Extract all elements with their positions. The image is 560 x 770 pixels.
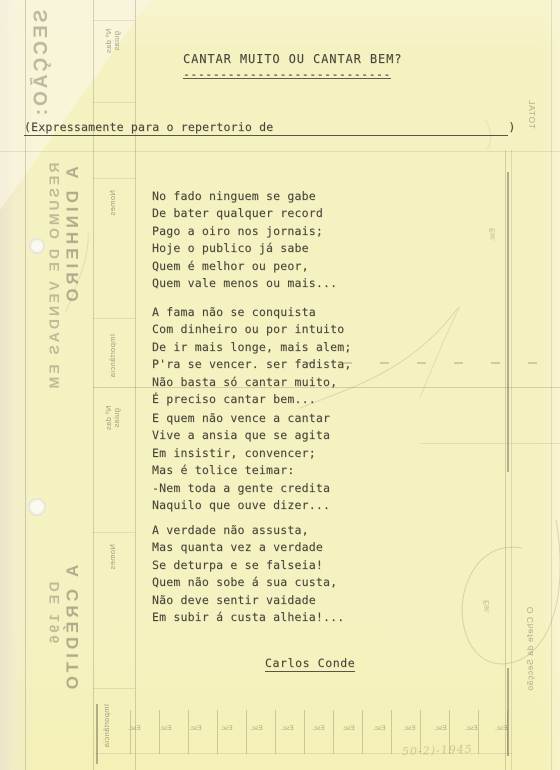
dedication-blank [273, 121, 508, 131]
poem-line: Pago a oiro nos jornais; [152, 223, 337, 240]
poem-line: A fama não se conquista [152, 304, 351, 321]
poem-line: Hoje o publico já sabe [152, 240, 337, 257]
poem-line: No fado ninguem se gabe [152, 188, 337, 205]
esc-mark: Esc. [495, 725, 508, 732]
ledger-cell-divider [93, 20, 135, 21]
esc-mark: Esc. [465, 725, 478, 732]
ledger-rule-horizontal [420, 443, 560, 444]
dedication-close-paren: ) [508, 120, 515, 134]
poem-line: Com dinheiro ou por intuito [152, 321, 351, 338]
showthrough-credit-header: A CRÉDITO [60, 560, 86, 698]
stanza-1: No fado ninguem se gabe De bater qualque… [152, 188, 337, 292]
ledger-cell-divider [93, 532, 135, 533]
poem-line: A verdade não assusta, [152, 522, 344, 539]
esc-mark: Esc. [159, 725, 172, 732]
poem-line: É preciso cantar bem... [152, 391, 351, 408]
esc-marks-row: Esc. Esc. Esc. Esc. Esc. Esc. Esc. Esc. … [128, 722, 508, 734]
column-label-names: Nomes [104, 536, 122, 578]
poem-line: E quem não vence a cantar [152, 410, 330, 427]
stanza-3: E quem não vence a cantar Vive a ansia q… [152, 410, 330, 514]
poem-line: Não deve sentir vaidade [152, 592, 344, 609]
poem-line: De bater qualquer record [152, 205, 337, 222]
ledger-cell-divider [93, 688, 135, 689]
poem-line: Quem é melhor ou peor, [152, 258, 337, 275]
pencil-note: 50-2)-1945 [402, 743, 473, 758]
ledger-rule-horizontal [0, 151, 560, 152]
stanza-2: A fama não se conquista Com dinheiro ou … [152, 304, 351, 408]
poem-line: Mas é tolice teimar: [152, 462, 330, 479]
column-label-amount: Importância [104, 320, 122, 378]
poem-line: Quem não sobe á sua custa, [152, 574, 344, 591]
column-label-names: Nomes [104, 182, 122, 224]
esc-mark: Esc. [128, 725, 141, 732]
showthrough-cash-header: A DINHEIRO [60, 160, 86, 312]
esc-mark: Esc. [403, 725, 416, 732]
poem-line: Em insistir, convencer; [152, 445, 330, 462]
esc-mark: Esc. [250, 725, 263, 732]
esc-mark: Esc. [189, 725, 202, 732]
showthrough-summary-header: RESUMO DE VENDAS EM [42, 158, 66, 396]
poem-line: Vive a ansia que se agita [152, 427, 330, 444]
poem-line: -Nem toda a gente credita [152, 480, 330, 497]
showthrough-esc-label: Esc. [486, 224, 500, 246]
esc-mark: Esc. [342, 725, 355, 732]
column-label-guide-number: Nº das guias [97, 392, 129, 444]
ledger-rule-vertical [505, 150, 506, 770]
esc-mark: Esc. [312, 725, 325, 732]
author-signature: Carlos Conde [265, 656, 355, 672]
showthrough-year-fragment: DE 196 [42, 578, 66, 650]
title-underline: ---------------------------- [183, 70, 391, 79]
esc-mark: Esc. [220, 725, 233, 732]
esc-mark: Esc. [281, 725, 294, 732]
ledger-rule-vertical [135, 0, 136, 770]
ledger-rule-vertical [551, 0, 552, 770]
dedication-line: (Expressamente para o repertorio de) [24, 120, 515, 134]
ledger-rule-vertical-heavy [96, 704, 98, 764]
stanza-4: A verdade não assusta, Mas quanta vez a … [152, 522, 344, 626]
dedication-prefix: (Expressamente para o repertorio de [24, 120, 273, 134]
poem-line: Se deturpa e se falseia! [152, 557, 344, 574]
ledger-rule-vertical [25, 0, 26, 770]
ledger-cell-divider [93, 318, 135, 319]
ledger-rule-vertical-heavy [507, 172, 509, 472]
ledger-rule-vertical [511, 150, 512, 770]
poem-line: De ir mais longe, mais alem; [152, 339, 351, 356]
dedication-text: (Expressamente para o repertorio de [24, 120, 508, 136]
column-label-amount: Importância [98, 690, 116, 748]
poem-line: Naquilo que ouve dizer... [152, 497, 330, 514]
esc-mark: Esc. [373, 725, 386, 732]
showthrough-total-label: TOTAL [522, 84, 542, 144]
poem-line: Quem vale menos ou mais... [152, 275, 337, 292]
poem-line: Em subir á custa alheia!... [152, 609, 344, 626]
ledger-cell-divider [93, 178, 135, 179]
poem-line: Não basta só cantar muito, [152, 374, 351, 391]
scanned-document-page: Esc. Esc. Esc. Esc. Esc. Esc. Esc. Esc. … [0, 0, 560, 770]
esc-mark: Esc. [434, 725, 447, 732]
poem-line: P'ra se vencer. ser fadista, [152, 356, 351, 373]
showthrough-esc-label: Esc. [480, 596, 494, 618]
ledger-rule-vertical [93, 0, 94, 770]
showthrough-chief-signature-label: O Chefe da Secção [520, 598, 540, 700]
punch-hole [28, 498, 46, 516]
punch-hole [29, 238, 45, 254]
ledger-cell-divider [93, 102, 135, 103]
poem-line: Mas quanta vez a verdade [152, 539, 344, 556]
poem-title: CANTAR MUITO OU CANTAR BEM? [183, 52, 402, 66]
